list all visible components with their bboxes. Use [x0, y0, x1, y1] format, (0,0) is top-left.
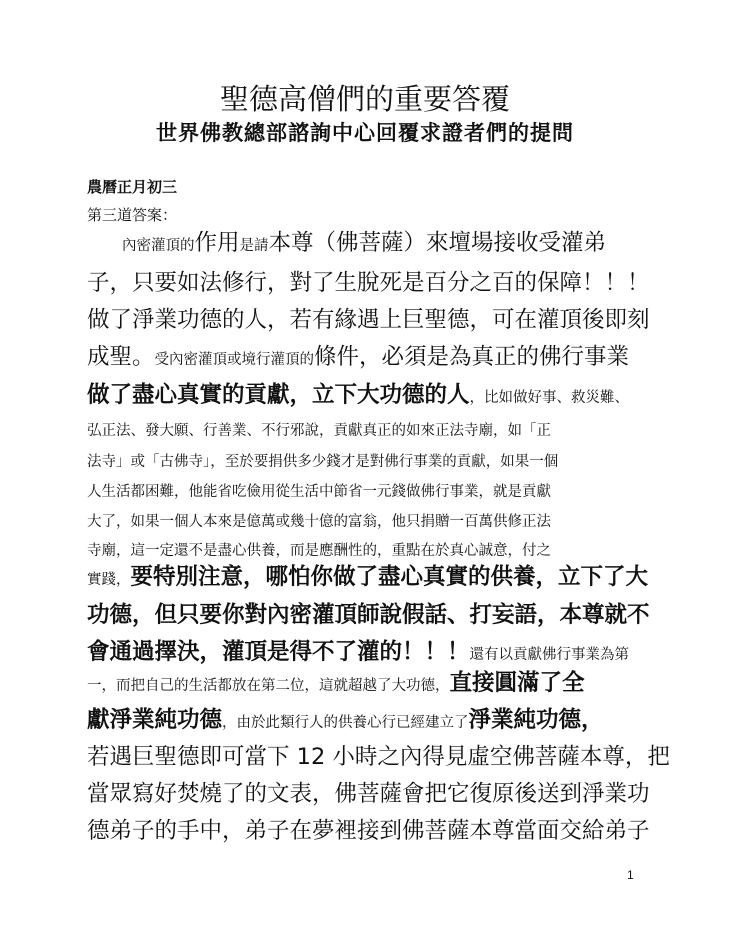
text-line: 內密灌頂的作用是請本尊（佛菩薩）來壇場接收受灌弟 — [122, 228, 606, 261]
text-line: 做了盡心真實的貢獻，立下大功德的人，比如做好事、救災難、 — [87, 380, 629, 413]
text-line: 大了，如果一個人本來是億萬或幾十億的富翁，他只捐贈一百萬供修正法 — [87, 506, 551, 537]
text-line: 獻淨業純功德，由於此類行人的供養心行已經建立了淨業純功德， — [87, 705, 604, 738]
text-line: 做了淨業功德的人，若有緣遇上巨聖德，可在灌頂後即刻 — [87, 305, 650, 337]
text-line: 弘正法、發大願、行善業、不行邪說，貢獻真正的如來正法寺廟，如「正 — [87, 415, 551, 446]
document-page: 聖德高僧們的重要答覆 世界佛教總部諮詢中心回覆求證者們的提問 農曆正月初三 第三… — [0, 0, 730, 945]
text-line: 會通過擇決，灌頂是得不了灌的！！！還有以貢獻佛行事業為第 — [87, 637, 629, 670]
text-line: 法寺」或「古佛寺」，至於要捐供多少錢才是對佛行事業的貢獻，如果一個 — [87, 446, 558, 477]
page-subtitle: 世界佛教總部諮詢中心回覆求證者們的提問 — [0, 120, 730, 146]
text-line: 一，而把自己的生活都放在第二位，這就超越了大功德，直接圓滿了全 — [87, 668, 585, 701]
text-line: 當眾寫好焚燒了的文表，佛菩薩會把它復原後送到淨業功 — [87, 779, 650, 811]
text-line: 人生活都困難，他能省吃儉用從生活中節省一元錢做佛行事業，就是貢獻 — [87, 476, 551, 507]
text-line: 德弟子的手中，弟子在夢裡接到佛菩薩本尊當面交給弟子 — [87, 816, 650, 848]
lunar-date: 農曆正月初三 — [87, 177, 177, 197]
page-title: 聖德高僧們的重要答覆 — [0, 82, 730, 116]
page-number: 1 — [627, 868, 634, 882]
text-line: 成聖。受內密灌頂或境行灌頂的條件，必須是為真正的佛行事業 — [87, 342, 629, 375]
text-line: 功德，但只要你對內密灌頂師說假話、打妄語，本尊就不 — [87, 600, 650, 632]
text-line: 若遇巨聖德即可當下 12 小時之內得見虛空佛菩薩本尊，把 — [87, 742, 670, 774]
answer-label: 第三道答案： — [87, 205, 177, 225]
text-line: 子，只要如法修行，對了生脫死是百分之百的保障！！！ — [87, 268, 650, 300]
text-line: 實踐，要特別注意，哪怕你做了盡心真實的供養，立下了大 — [87, 562, 648, 595]
